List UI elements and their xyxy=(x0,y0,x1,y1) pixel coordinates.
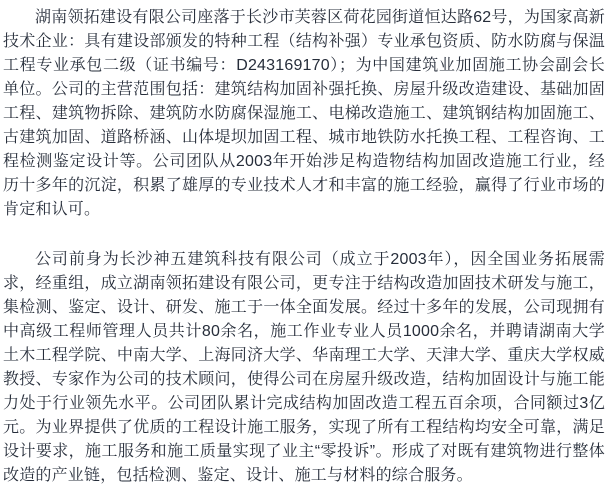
paragraph-company-intro: 湖南领拓建设有限公司座落于长沙市芙蓉区荷花园街道恒达路62号，为国家高新技术企业… xyxy=(3,6,605,222)
document-body: 湖南领拓建设有限公司座落于长沙市芙蓉区荷花园街道恒达路62号，为国家高新技术企业… xyxy=(0,0,609,488)
paragraph-company-history: 公司前身为长沙神五建筑科技有限公司（成立于2003年），因全国业务拓展需求，经重… xyxy=(3,248,605,488)
